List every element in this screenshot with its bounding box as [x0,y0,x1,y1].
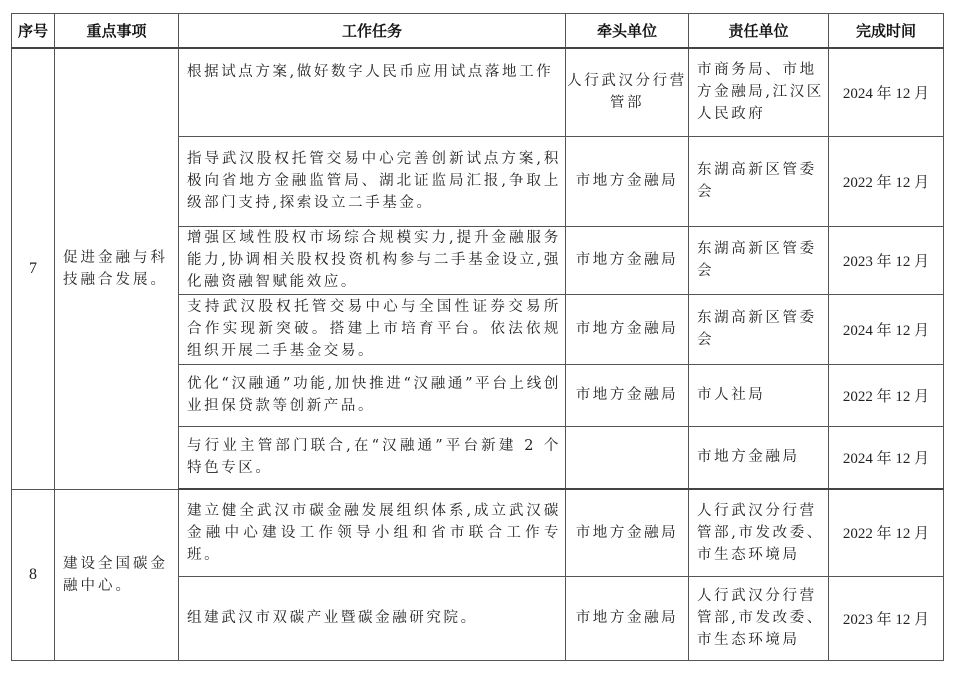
header-row: 序号 重点事项 工作任务 牵头单位 责任单位 完成时间 [12,14,944,49]
header-responsible-unit: 责任单位 [689,14,829,49]
table-row: 8 建设全国碳金融中心。 建立健全武汉市碳金融发展组织体系,成立武汉碳金融中心建… [12,489,944,576]
task-cell: 根据试点方案,做好数字人民币应用试点落地工作 [179,48,566,136]
deadline-cell: 2024 年 12 月 [829,48,944,136]
responsible-unit-cell: 市地方金融局 [689,426,829,489]
deadline-cell: 2024 年 12 月 [829,426,944,489]
deadline-cell: 2023 年 12 月 [829,576,944,660]
header-deadline: 完成时间 [829,14,944,49]
responsible-unit-cell: 东湖高新区管委会 [689,136,829,226]
group-key-item: 促进金融与科技融合发展。 [55,48,179,489]
task-cell: 与行业主管部门联合,在“汉融通”平台新建 2 个特色专区。 [179,426,566,489]
lead-unit-cell [566,426,689,489]
lead-unit-cell: 市地方金融局 [566,364,689,426]
group-key-item: 建设全国碳金融中心。 [55,489,179,660]
group-seq: 8 [12,489,55,660]
deadline-cell: 2022 年 12 月 [829,136,944,226]
task-cell: 支持武汉股权托管交易中心与全国性证券交易所合作实现新突破。搭建上市培育平台。依法… [179,294,566,364]
lead-unit-cell: 市地方金融局 [566,576,689,660]
header-key-item: 重点事项 [55,14,179,49]
task-cell: 优化“汉融通”功能,加快推进“汉融通”平台上线创业担保贷款等创新产品。 [179,364,566,426]
lead-unit-cell: 市地方金融局 [566,489,689,576]
lead-unit-cell: 市地方金融局 [566,294,689,364]
task-cell: 指导武汉股权托管交易中心完善创新试点方案,积极向省地方金融监管局、湖北证监局汇报… [179,136,566,226]
responsible-unit-cell: 人行武汉分行营管部,市发改委、市生态环境局 [689,576,829,660]
group-seq: 7 [12,48,55,489]
table-row: 7 促进金融与科技融合发展。 根据试点方案,做好数字人民币应用试点落地工作 人行… [12,48,944,136]
header-lead-unit: 牵头单位 [566,14,689,49]
lead-unit-cell: 市地方金融局 [566,226,689,294]
responsible-unit-cell: 市人社局 [689,364,829,426]
lead-unit-cell: 市地方金融局 [566,136,689,226]
deadline-cell: 2023 年 12 月 [829,226,944,294]
header-task: 工作任务 [179,14,566,49]
responsible-unit-cell: 东湖高新区管委会 [689,294,829,364]
responsible-unit-cell: 东湖高新区管委会 [689,226,829,294]
header-seq: 序号 [12,14,55,49]
lead-unit-cell: 人行武汉分行营管部 [566,48,689,136]
task-cell: 增强区域性股权市场综合规模实力,提升金融服务能力,协调相关股权投资机构参与二手基… [179,226,566,294]
responsible-unit-cell: 人行武汉分行营管部,市发改委、市生态环境局 [689,489,829,576]
deadline-cell: 2022 年 12 月 [829,364,944,426]
task-cell: 建立健全武汉市碳金融发展组织体系,成立武汉碳金融中心建设工作领导小组和省市联合工… [179,489,566,576]
task-table: 序号 重点事项 工作任务 牵头单位 责任单位 完成时间 7 促进金融与科技融合发… [11,13,944,661]
responsible-unit-cell: 市商务局、市地方金融局,江汉区人民政府 [689,48,829,136]
deadline-cell: 2024 年 12 月 [829,294,944,364]
deadline-cell: 2022 年 12 月 [829,489,944,576]
task-cell: 组建武汉市双碳产业暨碳金融研究院。 [179,576,566,660]
